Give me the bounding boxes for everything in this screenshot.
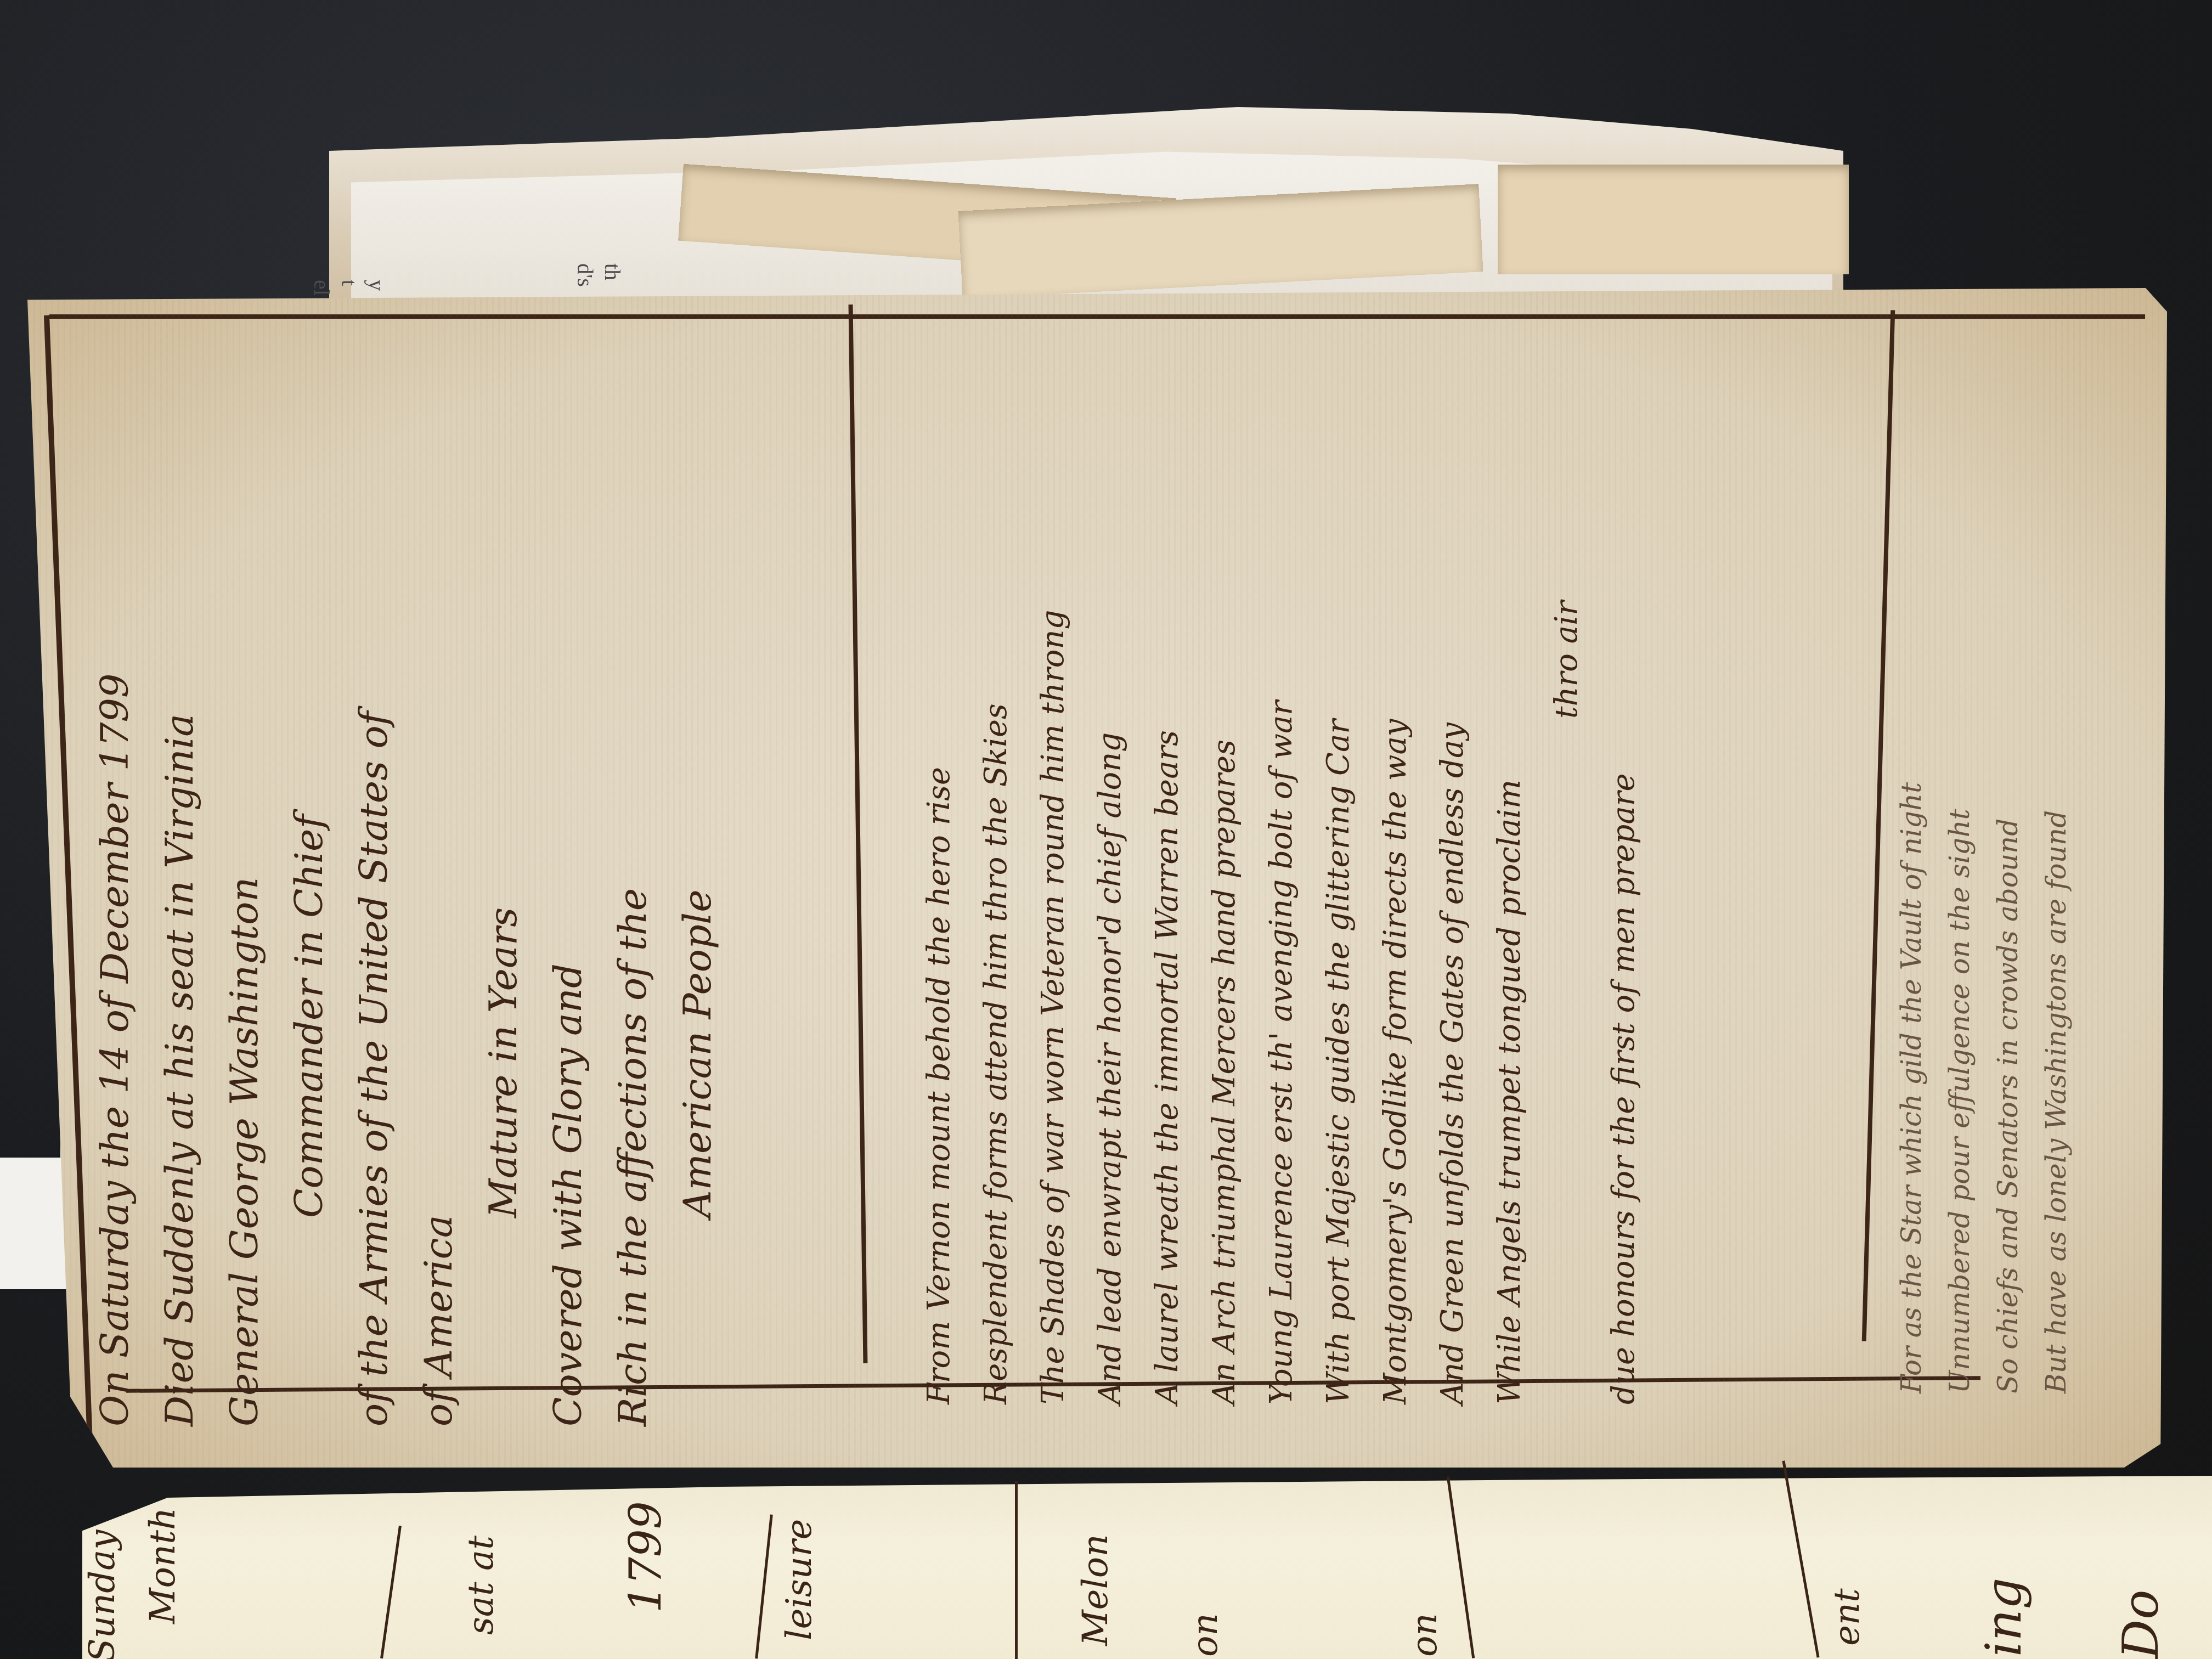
poem-line: While Angels trumpet tongued proclaim [1481, 307, 1538, 1404]
poem-line: From Vernon mount behold the hero rise [911, 307, 968, 1404]
poem-line: A laurel wreath the immortal Warren bear… [1139, 307, 1196, 1404]
entry-line: American People [665, 329, 730, 1426]
poem-line: Resplendent forms attend him thro the Sk… [968, 307, 1025, 1404]
entry-line: Died Suddenly at his seat in Virginia [147, 329, 212, 1426]
lower-page-text: on [1404, 1613, 1445, 1657]
lower-page-text: sat at [461, 1536, 501, 1635]
entry-line: General George Washington [212, 329, 276, 1426]
entry-line: of America [406, 329, 471, 1426]
entry-line: On Saturday the 14 of December 1799 [82, 329, 147, 1426]
poem-column: From Vernon mount behold the hero rise R… [911, 307, 1652, 1404]
poem-line: thro air [1538, 307, 1595, 1404]
printed-text-fragment: el [309, 280, 335, 296]
poem-line: The Shades of war worn Veteran round him… [1025, 307, 1082, 1404]
poem-line: For as the Star which gild the Vault of … [1887, 296, 1936, 1393]
lower-page-rule [1015, 1481, 1018, 1659]
poem-line: An Arch triumphal Mercers hand prepares [1196, 307, 1253, 1404]
poem-line: Montgomery's Godlike form directs the wa… [1367, 307, 1424, 1404]
entry-line: Commander in Chief [276, 329, 341, 1426]
poem-line: And lead enwrapt their honor'd chief alo… [1082, 307, 1139, 1404]
printed-text-fragment: th [600, 263, 625, 280]
printed-text-fragment: y [364, 280, 390, 291]
lower-page-text: 1799 [620, 1501, 671, 1613]
torn-paper-strip [1498, 165, 1849, 274]
lower-page-text: ing [1975, 1578, 2033, 1657]
faded-poem-column: For as the Star which gild the Vault of … [1887, 296, 2080, 1393]
poem-line: So chiefs and Senators in crowds abound [1984, 296, 2032, 1393]
entry-line: Mature in Years [471, 329, 535, 1426]
printed-text-fragment: t [336, 280, 362, 286]
lower-page-text: ent [1827, 1588, 1867, 1646]
column-divider-1 [849, 304, 868, 1363]
lower-page-text: Do [2112, 1590, 2170, 1659]
lower-notebook-page [82, 1476, 2212, 1659]
entry-line: Rich in the affections of the [600, 329, 665, 1426]
lower-page-text: Sunday [82, 1530, 123, 1659]
lower-page-text: Month [143, 1508, 183, 1624]
death-notice-entry: On Saturday the 14 of December 1799 Died… [82, 329, 730, 1426]
poem-line: But have as lonely Washingtons are found [2032, 296, 2080, 1393]
entry-line: of the Armies of the United States of [341, 329, 406, 1426]
lower-page-text: on [1185, 1613, 1226, 1657]
poem-line: And Green unfolds the Gates of endless d… [1424, 307, 1481, 1404]
poem-line: With port Majestic guides the glittering… [1310, 307, 1367, 1404]
poem-line: due honours for the first of men prepare [1595, 307, 1652, 1404]
lower-page-text: leisure [779, 1519, 820, 1640]
entry-line: Covered with Glory and [535, 329, 600, 1426]
lower-page-text: Melon [1075, 1534, 1116, 1646]
poem-line: Unnumbered pour effulgence on the sight [1936, 296, 1984, 1393]
poem-line: Young Laurence erst th' avenging bolt of… [1253, 307, 1310, 1404]
printed-text-fragment: d's [572, 263, 598, 287]
